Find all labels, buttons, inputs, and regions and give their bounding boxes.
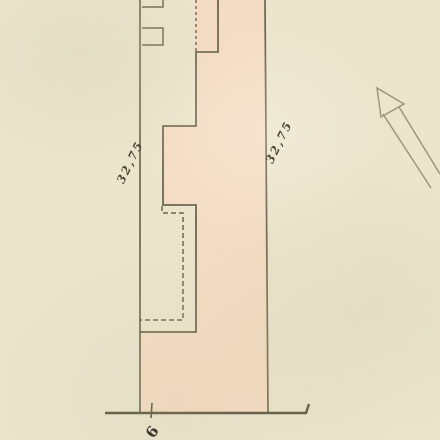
frontage-tick [151, 403, 152, 418]
demolished-outline-dashed [139, 206, 183, 320]
north-arrow-shaft-left [383, 114, 431, 188]
top-annex-outline [142, 0, 163, 7]
parcel-fill [140, 0, 268, 413]
plan-drawing [0, 0, 440, 440]
side-annex-outline [142, 28, 163, 45]
north-arrow-shaft-right [399, 107, 440, 174]
scanned-site-plan: 32,75 32,75 6 [0, 0, 440, 440]
north-arrow-head [377, 88, 404, 117]
